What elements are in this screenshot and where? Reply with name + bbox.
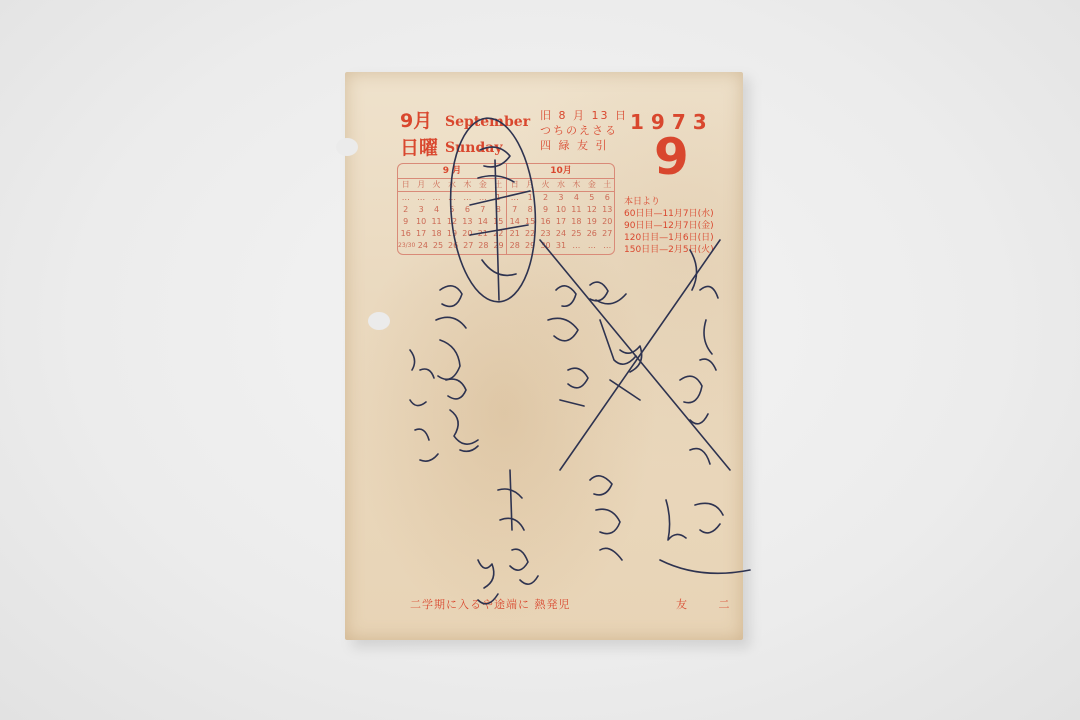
handwriting-ink xyxy=(0,0,1080,720)
